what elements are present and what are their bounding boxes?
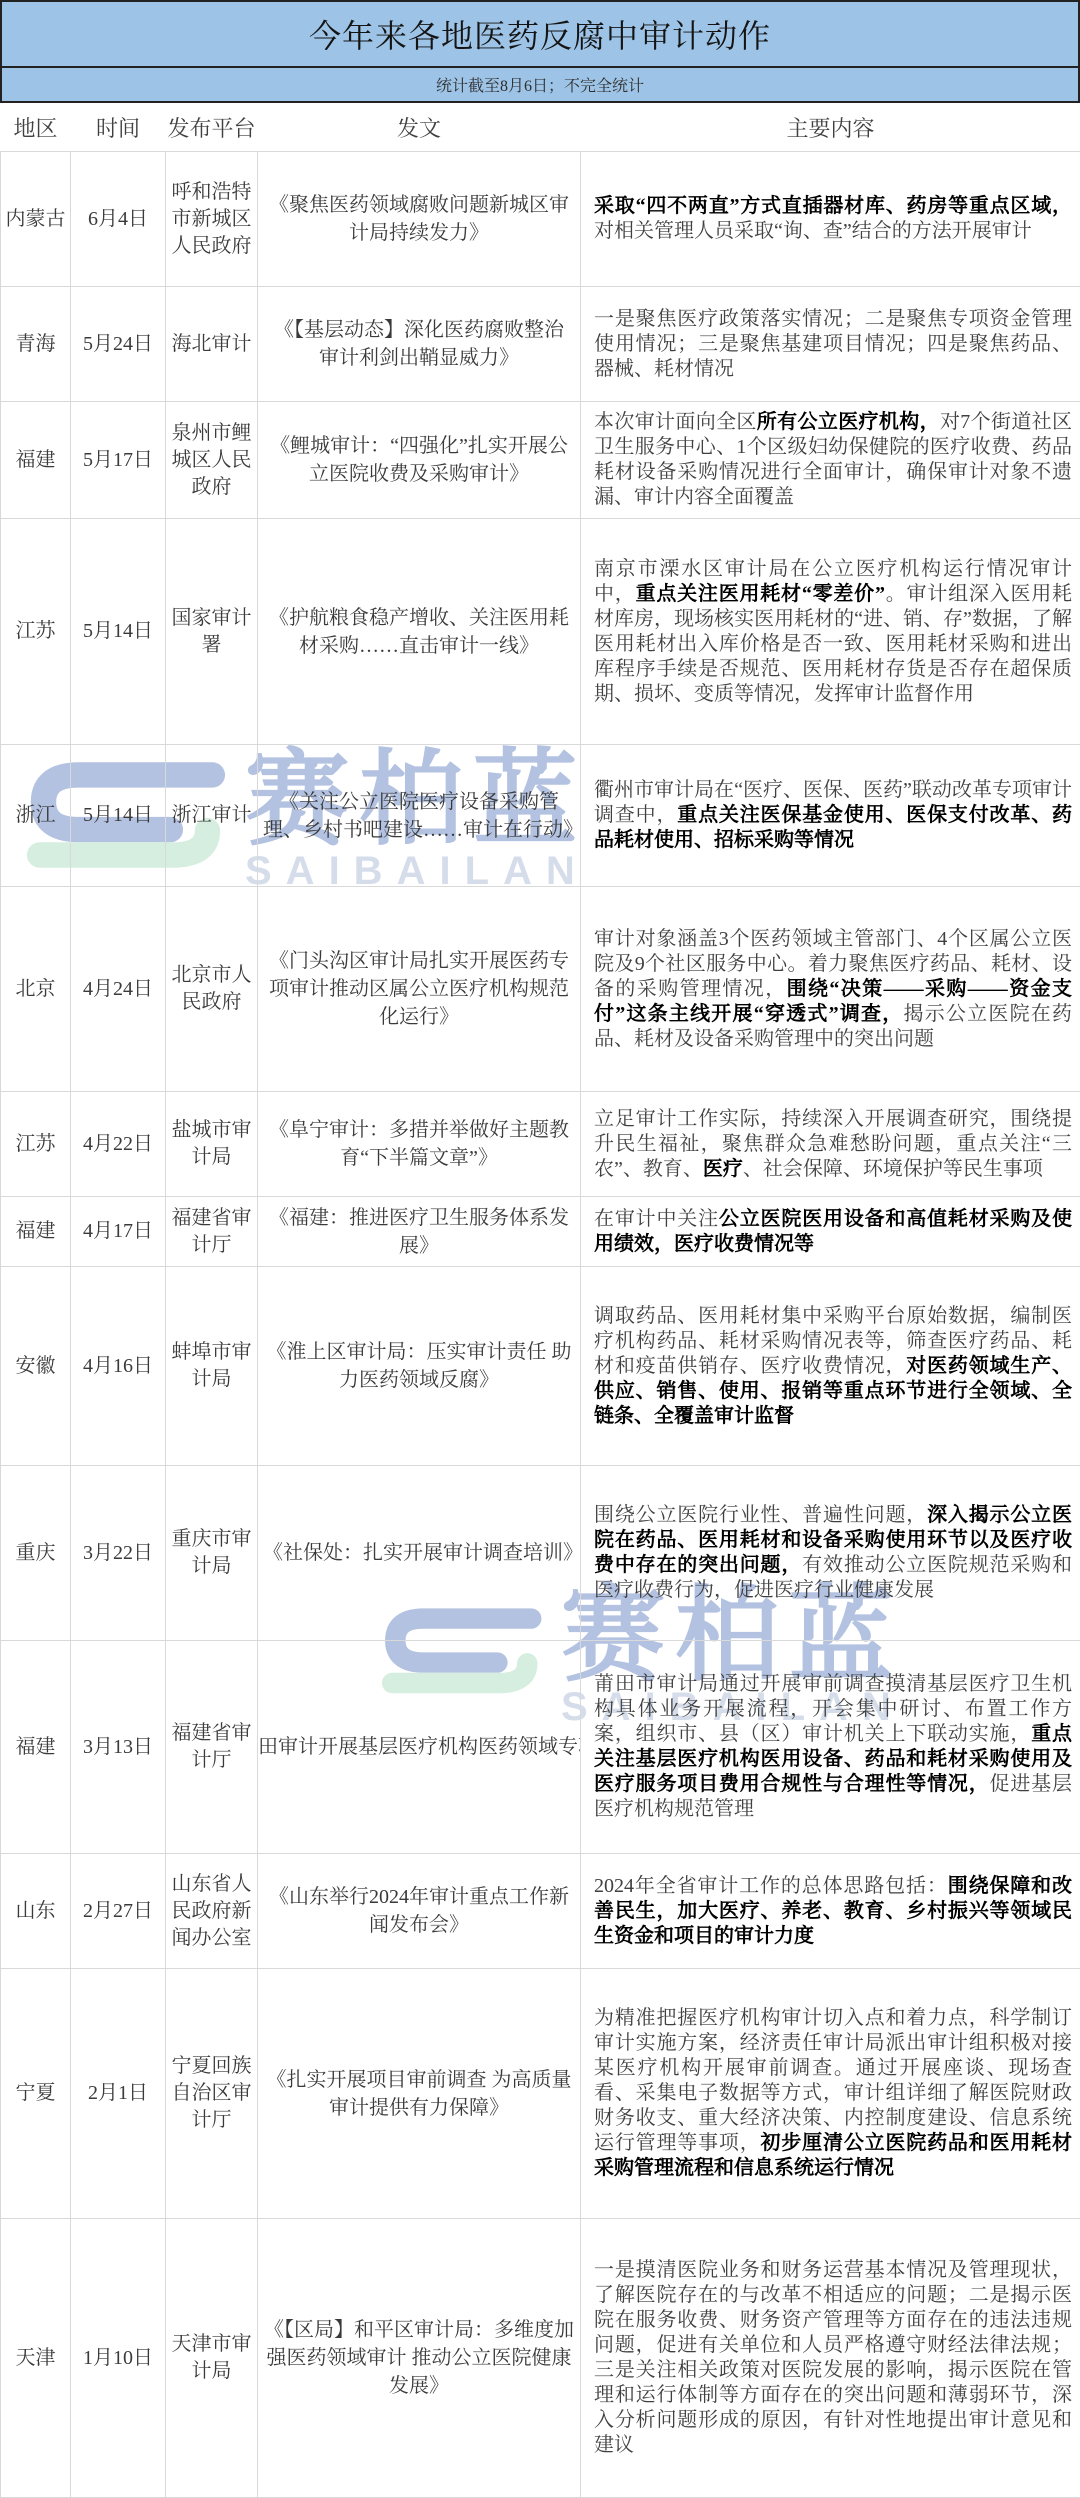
table-row: 青海5月24日海北审计《【基层动态】深化医药腐败整治 审计利剑出鞘显威力》一是聚…: [1, 287, 1080, 402]
cell-platform: 呼和浩特市新城区人民政府: [166, 152, 258, 287]
table-row: 重庆3月22日重庆市审计局《社保处：扎实开展审计调查培训》围绕公立医院行业性、普…: [1, 1466, 1080, 1641]
cell-region: 浙江: [1, 745, 71, 887]
cell-region: 安徽: [1, 1267, 71, 1466]
cell-platform: 盐城市审计局: [166, 1092, 258, 1197]
subtitle-band: 统计截至8月6日；不完全统计: [2, 68, 1078, 101]
table-row: 北京4月24日北京市人民政府《门头沟区审计局扎实开展医药专项审计推动区属公立医疗…: [1, 887, 1080, 1092]
cell-date: 4月22日: [71, 1092, 166, 1197]
cell-doc-title: 《阜宁审计：多措并举做好主题教育“下半篇文章”》: [258, 1092, 581, 1197]
cell-doc-title: 《关注公立医院医疗设备采购管理、乡村书吧建设……审计在行动》: [258, 745, 581, 887]
col-header-date: 时间: [71, 103, 166, 152]
table-row: 安徽4月16日蚌埠市审计局《淮上区审计局：压实审计责任 助力医药领域反腐》调取药…: [1, 1267, 1080, 1466]
cell-region: 福建: [1, 1197, 71, 1267]
cell-platform: 天津市审计局: [166, 2219, 258, 2498]
cell-content: 围绕公立医院行业性、普遍性问题，深入揭示公立医院在药品、医用耗材和设备采购使用环…: [581, 1466, 1080, 1641]
cell-doc-title: 《福建：推进医疗卫生服务体系发展》: [258, 1197, 581, 1267]
cell-content: 一是聚焦医疗政策落实情况；二是聚焦专项资金管理使用情况；三是聚焦基建项目情况；四…: [581, 287, 1080, 402]
cell-doc-title: 《鲤城审计：“四强化”扎实开展公立医院收费及采购审计》: [258, 402, 581, 519]
cell-platform: 福建省审计厅: [166, 1641, 258, 1854]
cell-date: 5月17日: [71, 402, 166, 519]
cell-doc-title: 《【区局】和平区审计局：多维度加强医药领域审计 推动公立医院健康发展》: [258, 2219, 581, 2498]
cell-date: 3月13日: [71, 1641, 166, 1854]
cell-platform: 福建省审计厅: [166, 1197, 258, 1267]
cell-date: 4月17日: [71, 1197, 166, 1267]
cell-content: 立足审计工作实际，持续深入开展调查研究，围绕提升民生福祉，聚焦群众急难愁盼问题，…: [581, 1092, 1080, 1197]
col-header-platform: 发布平台: [166, 103, 258, 152]
table-row: 内蒙古6月4日呼和浩特市新城区人民政府《聚焦医药领域腐败问题新城区审计局持续发力…: [1, 152, 1080, 287]
cell-doc-title: 《护航粮食稳产增收、关注医用耗材采购……直击审计一线》: [258, 519, 581, 745]
cell-region: 山东: [1, 1854, 71, 1969]
page-subtitle: 统计截至8月6日；不完全统计: [436, 73, 644, 96]
cell-content: 审计对象涵盖3个医药领域主管部门、4个区属公立医院及9个社区服务中心。着力聚焦医…: [581, 887, 1080, 1092]
cell-content: 莆田市审计局通过开展审前调查摸清基层医疗卫生机构具体业务开展流程，开会集中研讨、…: [581, 1641, 1080, 1854]
cell-region: 青海: [1, 287, 71, 402]
table-row: 天津1月10日天津市审计局《【区局】和平区审计局：多维度加强医药领域审计 推动公…: [1, 2219, 1080, 2498]
cell-content: 一是摸清医院业务和财务运营基本情况及管理现状，了解医院存在的与改革不相适应的问题…: [581, 2219, 1080, 2498]
cell-date: 6月4日: [71, 152, 166, 287]
cell-platform: 蚌埠市审计局: [166, 1267, 258, 1466]
cell-platform: 国家审计署: [166, 519, 258, 745]
table-row: 山东2月27日山东省人民政府新闻办公室《山东举行2024年审计重点工作新闻发布会…: [1, 1854, 1080, 1969]
cell-date: 5月14日: [71, 745, 166, 887]
cell-content: 为精准把握医疗机构审计切入点和着力点，科学制订审计实施方案，经济责任审计局派出审…: [581, 1969, 1080, 2219]
cell-date: 4月16日: [71, 1267, 166, 1466]
cell-platform: 宁夏回族自治区审计厅: [166, 1969, 258, 2219]
cell-date: 3月22日: [71, 1466, 166, 1641]
cell-platform: 重庆市审计局: [166, 1466, 258, 1641]
cell-doc-title: 《【基层动态】深化医药腐败整治 审计利剑出鞘显威力》: [258, 287, 581, 402]
cell-platform: 北京市人民政府: [166, 887, 258, 1092]
cell-platform: 浙江审计: [166, 745, 258, 887]
cell-region: 福建: [1, 1641, 71, 1854]
cell-date: 2月27日: [71, 1854, 166, 1969]
cell-region: 福建: [1, 402, 71, 519]
page-title: 今年来各地医药反腐中审计动作: [309, 11, 771, 57]
cell-content: 调取药品、医用耗材集中采购平台原始数据，编制医疗机构药品、耗材采购情况表等，筛查…: [581, 1267, 1080, 1466]
cell-date: 1月10日: [71, 2219, 166, 2498]
col-header-doc: 发文: [258, 103, 581, 152]
cell-content: 在审计中关注公立医院医用设备和高值耗材采购及使用绩效，医疗收费情况等: [581, 1197, 1080, 1267]
cell-content: 本次审计面向全区所有公立医疗机构，对7个街道社区卫生服务中心、1个区级妇幼保健院…: [581, 402, 1080, 519]
table-row: 福建3月13日福建省审计厅田审计开展基层医疗机构医药领域专项审莆田市审计局通过开…: [1, 1641, 1080, 1854]
table-row: 宁夏2月1日宁夏回族自治区审计厅《扎实开展项目审前调查 为高质量审计提供有力保障…: [1, 1969, 1080, 2219]
title-band: 今年来各地医药反腐中审计动作: [2, 2, 1078, 68]
cell-region: 重庆: [1, 1466, 71, 1641]
cell-platform: 山东省人民政府新闻办公室: [166, 1854, 258, 1969]
audit-table: 地区 时间 发布平台 发文 主要内容 内蒙古6月4日呼和浩特市新城区人民政府《聚…: [0, 103, 1080, 2498]
table-row: 江苏4月22日盐城市审计局《阜宁审计：多措并举做好主题教育“下半篇文章”》立足审…: [1, 1092, 1080, 1197]
table-row: 福建5月17日泉州市鲤城区人民政府《鲤城审计：“四强化”扎实开展公立医院收费及采…: [1, 402, 1080, 519]
cell-date: 5月14日: [71, 519, 166, 745]
cell-doc-title: 《淮上区审计局：压实审计责任 助力医药领域反腐》: [258, 1267, 581, 1466]
cell-region: 内蒙古: [1, 152, 71, 287]
cell-content: 衢州市审计局在“医疗、医保、医药”联动改革专项审计调查中，重点关注医保基金使用、…: [581, 745, 1080, 887]
cell-doc-title: 《门头沟区审计局扎实开展医药专项审计推动区属公立医疗机构规范化运行》: [258, 887, 581, 1092]
cell-region: 天津: [1, 2219, 71, 2498]
cell-date: 2月1日: [71, 1969, 166, 2219]
cell-doc-title: 《社保处：扎实开展审计调查培训》: [258, 1466, 581, 1641]
col-header-content: 主要内容: [581, 103, 1080, 152]
table-row: 福建4月17日福建省审计厅《福建：推进医疗卫生服务体系发展》在审计中关注公立医院…: [1, 1197, 1080, 1267]
cell-doc-title: 《山东举行2024年审计重点工作新闻发布会》: [258, 1854, 581, 1969]
cell-region: 江苏: [1, 519, 71, 745]
table-row: 江苏5月14日国家审计署《护航粮食稳产增收、关注医用耗材采购……直击审计一线》南…: [1, 519, 1080, 745]
cell-content: 2024年全省审计工作的总体思路包括：围绕保障和改善民生，加大医疗、养老、教育、…: [581, 1854, 1080, 1969]
header-bands: 今年来各地医药反腐中审计动作 统计截至8月6日；不完全统计: [0, 0, 1080, 103]
cell-region: 江苏: [1, 1092, 71, 1197]
cell-content: 南京市溧水区审计局在公立医疗机构运行情况审计中，重点关注医用耗材“零差价”。审计…: [581, 519, 1080, 745]
cell-date: 5月24日: [71, 287, 166, 402]
cell-region: 北京: [1, 887, 71, 1092]
table-row: 浙江5月14日浙江审计《关注公立医院医疗设备采购管理、乡村书吧建设……审计在行动…: [1, 745, 1080, 887]
cell-region: 宁夏: [1, 1969, 71, 2219]
cell-doc-title: 《扎实开展项目审前调查 为高质量审计提供有力保障》: [258, 1969, 581, 2219]
table-header-row: 地区 时间 发布平台 发文 主要内容: [1, 103, 1080, 152]
page: 赛柏蓝 SAIBAILAN 赛柏蓝 SAIBAILAN 今年来各地医药反腐中审计…: [0, 0, 1080, 2498]
cell-platform: 海北审计: [166, 287, 258, 402]
cell-date: 4月24日: [71, 887, 166, 1092]
cell-content: 采取“四不两直”方式直插器材库、药房等重点区域，对相关管理人员采取“询、查”结合…: [581, 152, 1080, 287]
cell-doc-title: 田审计开展基层医疗机构医药领域专项审: [258, 1641, 581, 1854]
cell-doc-title: 《聚焦医药领域腐败问题新城区审计局持续发力》: [258, 152, 581, 287]
cell-platform: 泉州市鲤城区人民政府: [166, 402, 258, 519]
col-header-region: 地区: [1, 103, 71, 152]
